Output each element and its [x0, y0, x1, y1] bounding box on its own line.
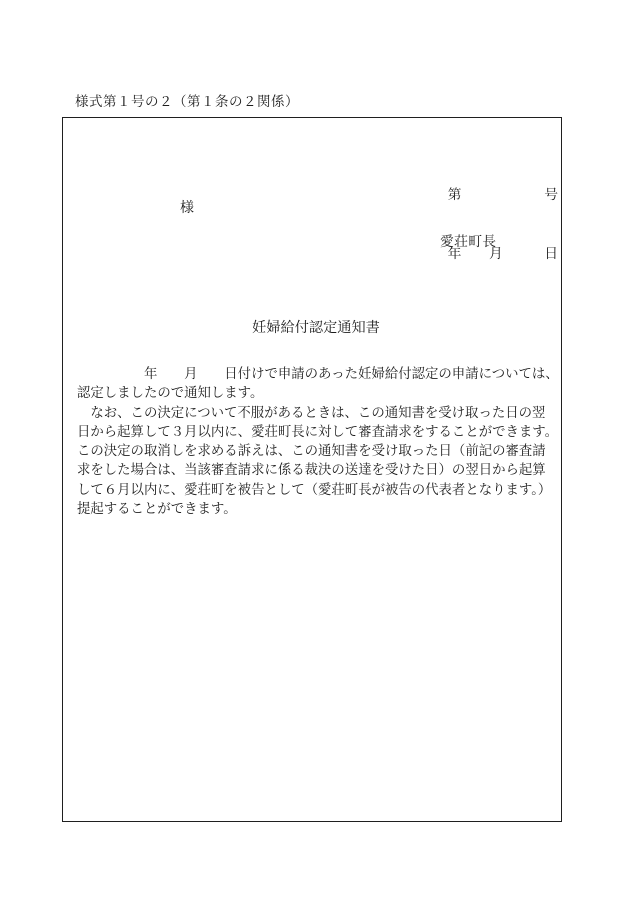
body-text-line: なお、この決定について不服があるときは、この通知書を受け取った日の翌 [77, 403, 559, 422]
body-text-line: 年 月 日付けで申請のあった妊婦給付認定の申請については、 [77, 364, 559, 383]
body-text-line: 求をした場合は、当該審査請求に係る裁決の送達を受けた日）の翌日から起算 [77, 460, 559, 479]
document-page: 様式第１号の２（第１条の２関係） 第 号 年 月 日 様 愛荘町長 妊婦給付認定… [0, 0, 630, 903]
body-text: 年 月 日付けで申請のあった妊婦給付認定の申請については、認定しましたので通知し… [77, 364, 559, 518]
body-text-line: して６月以内に、愛荘町を被告として（愛荘町長が被告の代表者となります。） [77, 480, 559, 499]
body-text-line: 提起することができます。 [77, 499, 559, 518]
form-style-label: 様式第１号の２（第１条の２関係） [75, 90, 299, 110]
body-text-line: 認定しましたので通知します。 [77, 383, 559, 402]
document-number-line: 第 号 [448, 185, 558, 205]
addressee-honorific: 様 [180, 197, 194, 217]
body-text-line: この決定の取消しを求める訴えは、この通知書を受け取った日（前記の審査請 [77, 441, 559, 460]
body-text-line: 日から起算して３月以内に、愛荘町長に対して審査請求をすることができます。 [77, 422, 559, 441]
document-title: 妊婦給付認定通知書 [71, 317, 561, 337]
sender-name: 愛荘町長 [440, 230, 496, 250]
notice-document-frame: 第 号 年 月 日 様 愛荘町長 妊婦給付認定通知書 年 月 日付けで申請のあっ… [62, 117, 562, 822]
number-date-block: 第 号 年 月 日 [448, 146, 558, 302]
